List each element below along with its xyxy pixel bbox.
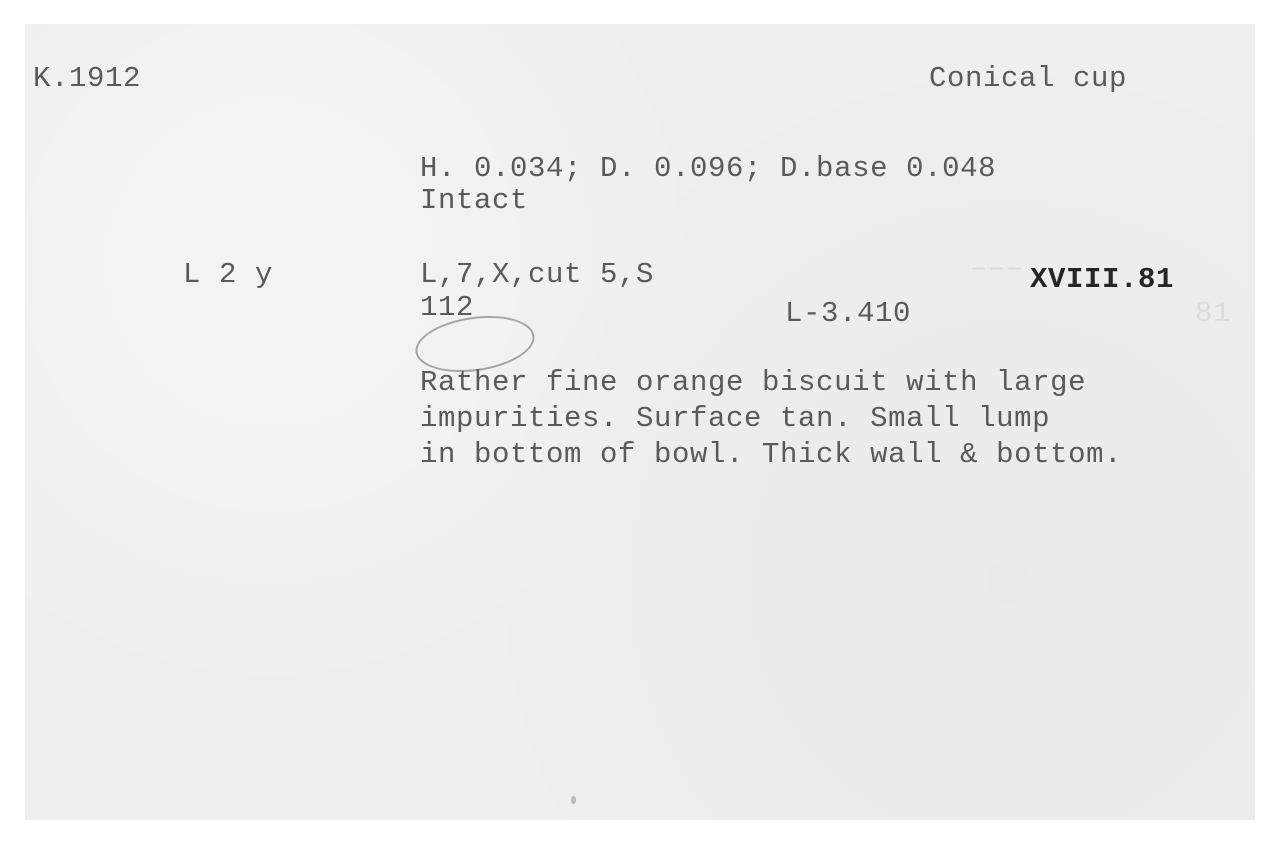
object-type: Conical cup [929, 61, 1127, 96]
description-line: in bottom of bowl. Thick wall & bottom. [420, 437, 1122, 472]
erased-ghost-mark: ‒‒‒ [970, 251, 1024, 286]
dimensions: H. 0.034; D. 0.096; D.base 0.048 [420, 151, 996, 186]
description-line: Rather fine orange biscuit with large [420, 365, 1086, 400]
paper-speck [571, 796, 576, 804]
plate-reference: XVIII.81 [1030, 262, 1174, 297]
erased-ghost-mark: 81 [1195, 296, 1231, 331]
inventory-number: L-3.410 [785, 296, 911, 331]
context-code: L,7,X,cut 5,S [420, 257, 654, 292]
catalog-number: K.1912 [33, 61, 141, 96]
condition: Intact [420, 183, 528, 218]
catalog-card: K.1912 Conical cup H. 0.034; D. 0.096; D… [25, 24, 1255, 820]
location-code: L 2 y [183, 257, 273, 292]
description-line: impurities. Surface tan. Small lump [420, 401, 1050, 436]
